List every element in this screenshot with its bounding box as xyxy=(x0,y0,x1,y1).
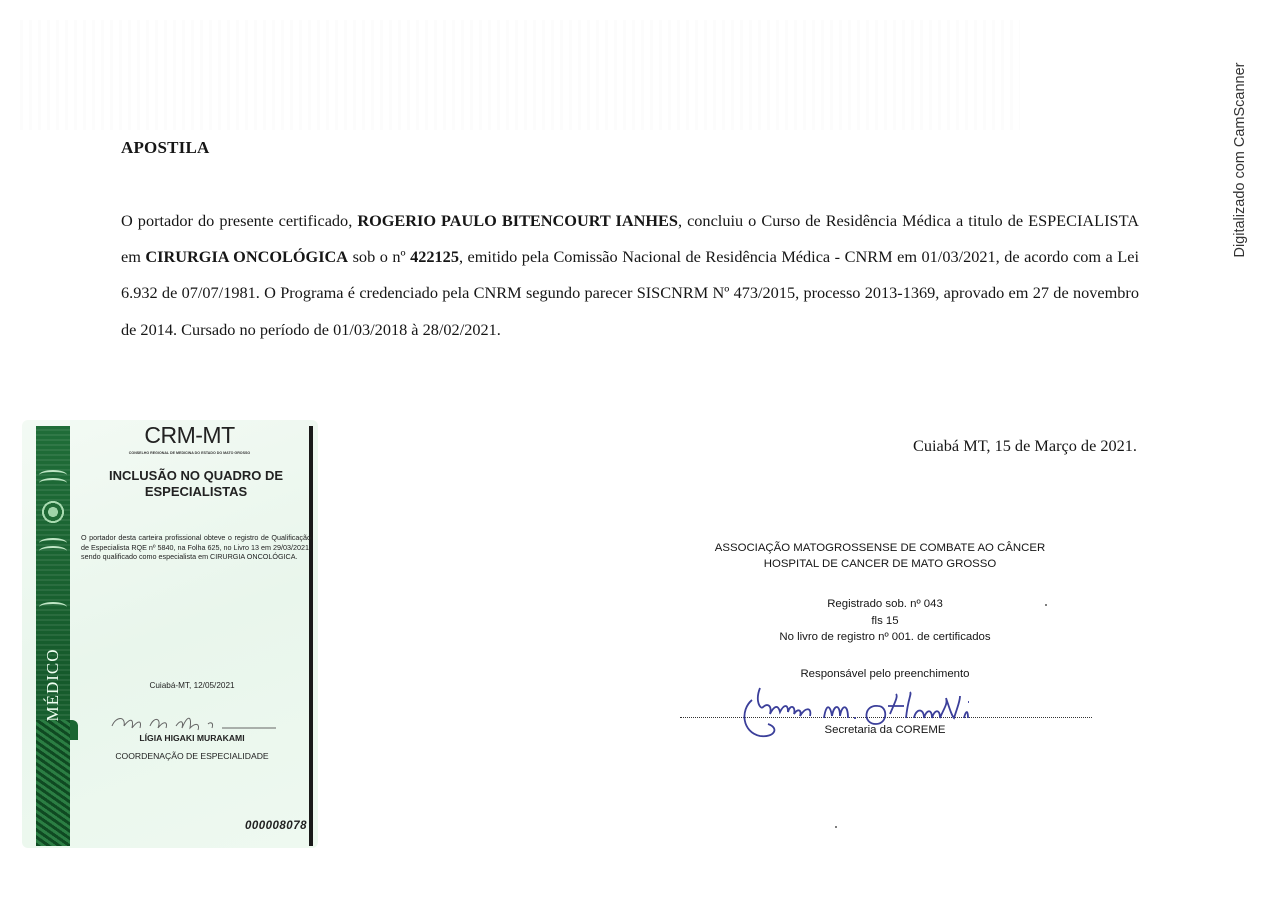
stripe-wave-ornament xyxy=(39,478,67,488)
place-date: Cuiabá MT, 15 de Março de 2021. xyxy=(913,436,1137,456)
institution-name: ASSOCIAÇÃO MATOGROSSENSE DE COMBATE AO C… xyxy=(690,540,1070,556)
document-heading: APOSTILA xyxy=(121,138,210,158)
card-body-text: O portador desta carteira profissional o… xyxy=(81,533,311,562)
institution-block: ASSOCIAÇÃO MATOGROSSENSE DE COMBATE AO C… xyxy=(690,540,1070,572)
card-side-label: MÉDICO xyxy=(43,648,63,721)
card-subtitle: CONSELHO REGIONAL DE MEDICINA DO ESTADO … xyxy=(82,451,297,455)
stripe-wave-ornament xyxy=(39,602,67,612)
card-signer-role: COORDENAÇÃO DE ESPECIALIDADE xyxy=(72,751,312,761)
stripe-wave-ornament xyxy=(39,546,67,556)
registry-number: Registrado sob. nº 043 xyxy=(690,596,1080,613)
registry-block: Registrado sob. nº 043 fls 15 No livro d… xyxy=(690,596,1080,646)
card-heading-line1: INCLUSÃO NO QUADRO DE xyxy=(80,468,312,484)
scan-bleed-through xyxy=(20,20,1020,130)
responsible-label: Responsável pelo preenchimento xyxy=(690,668,1080,680)
card-signer-name: LÍGIA HIGAKI MURAKAMI xyxy=(72,733,312,743)
specialty: CIRURGIA ONCOLÓGICA xyxy=(145,247,348,266)
registry-page: fls 15 xyxy=(690,613,1080,630)
body-intro: O portador do presente certificado, xyxy=(121,211,357,230)
apostille-body: O portador do presente certificado, ROGE… xyxy=(121,203,1139,348)
scanner-watermark: Digitalizado com CamScanner xyxy=(1232,62,1248,257)
card-signature xyxy=(106,708,286,734)
hospital-name: HOSPITAL DE CANCER DE MATO GROSSO xyxy=(690,556,1070,572)
body-before-number: sob o nº xyxy=(348,247,410,266)
registry-book: No livro de registro nº 001. de certific… xyxy=(690,629,1080,646)
certificate-number: 422125 xyxy=(410,247,459,266)
card-stripe-pattern xyxy=(36,720,70,846)
card-date: Cuiabá-MT, 12/05/2021 xyxy=(72,681,312,690)
card-title: CRM-MT xyxy=(70,422,309,449)
holder-name: ROGERIO PAULO BITENCOURT IANHES xyxy=(357,211,678,230)
card-heading: INCLUSÃO NO QUADRO DE ESPECIALISTAS xyxy=(80,468,312,500)
card-serial-number: 000008078 xyxy=(172,820,307,832)
card-heading-line2: ESPECIALISTAS xyxy=(80,484,312,500)
scan-speck xyxy=(835,826,837,828)
scan-speck xyxy=(1045,604,1047,606)
signature-role: Secretaria da COREME xyxy=(690,724,1080,736)
crm-specialist-card: MÉDICO CRM-MT CONSELHO REGIONAL DE MEDIC… xyxy=(22,420,318,848)
